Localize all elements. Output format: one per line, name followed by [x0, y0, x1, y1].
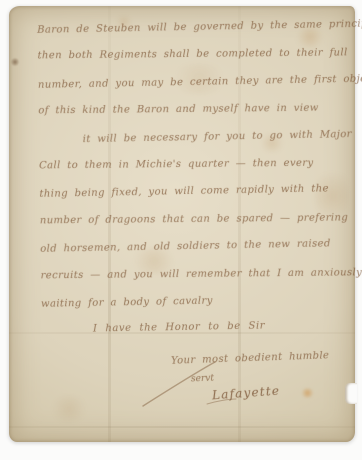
lafayette-signature: Lafayette: [212, 384, 281, 403]
paper-tear-notch: [345, 383, 357, 404]
letter-line: old horsemen, and old soldiers to the ne…: [40, 230, 346, 263]
stain-orange-spot: [301, 388, 314, 398]
letter-line: it will be necessary for you to go with …: [82, 121, 344, 153]
letter-body: Baron de Steuben will be governed by the…: [37, 12, 347, 318]
letter-sheet: Baron de Steuben will be governed by the…: [9, 6, 355, 442]
fold-line-horizontal-bottom: [9, 426, 355, 428]
stain: [49, 396, 89, 422]
signature-flourish: [137, 358, 237, 414]
closing-honor-line: I have the Honor to be Sir: [93, 320, 265, 334]
closing-salutation-line: Your most obedient humble: [171, 350, 330, 367]
closing-servant-abbrev: servt: [191, 374, 214, 385]
letter-line: of this kind the Baron and myself have i…: [38, 95, 344, 125]
letter-line: thing being fixed, you will come rapidly…: [39, 175, 345, 208]
ink-speck: [11, 58, 19, 66]
photo-backdrop: Baron de Steuben will be governed by the…: [0, 0, 362, 460]
letter-line: waiting for a body of cavalry: [41, 285, 347, 318]
letter-line: then both Regiments shall be completed t…: [37, 40, 343, 70]
